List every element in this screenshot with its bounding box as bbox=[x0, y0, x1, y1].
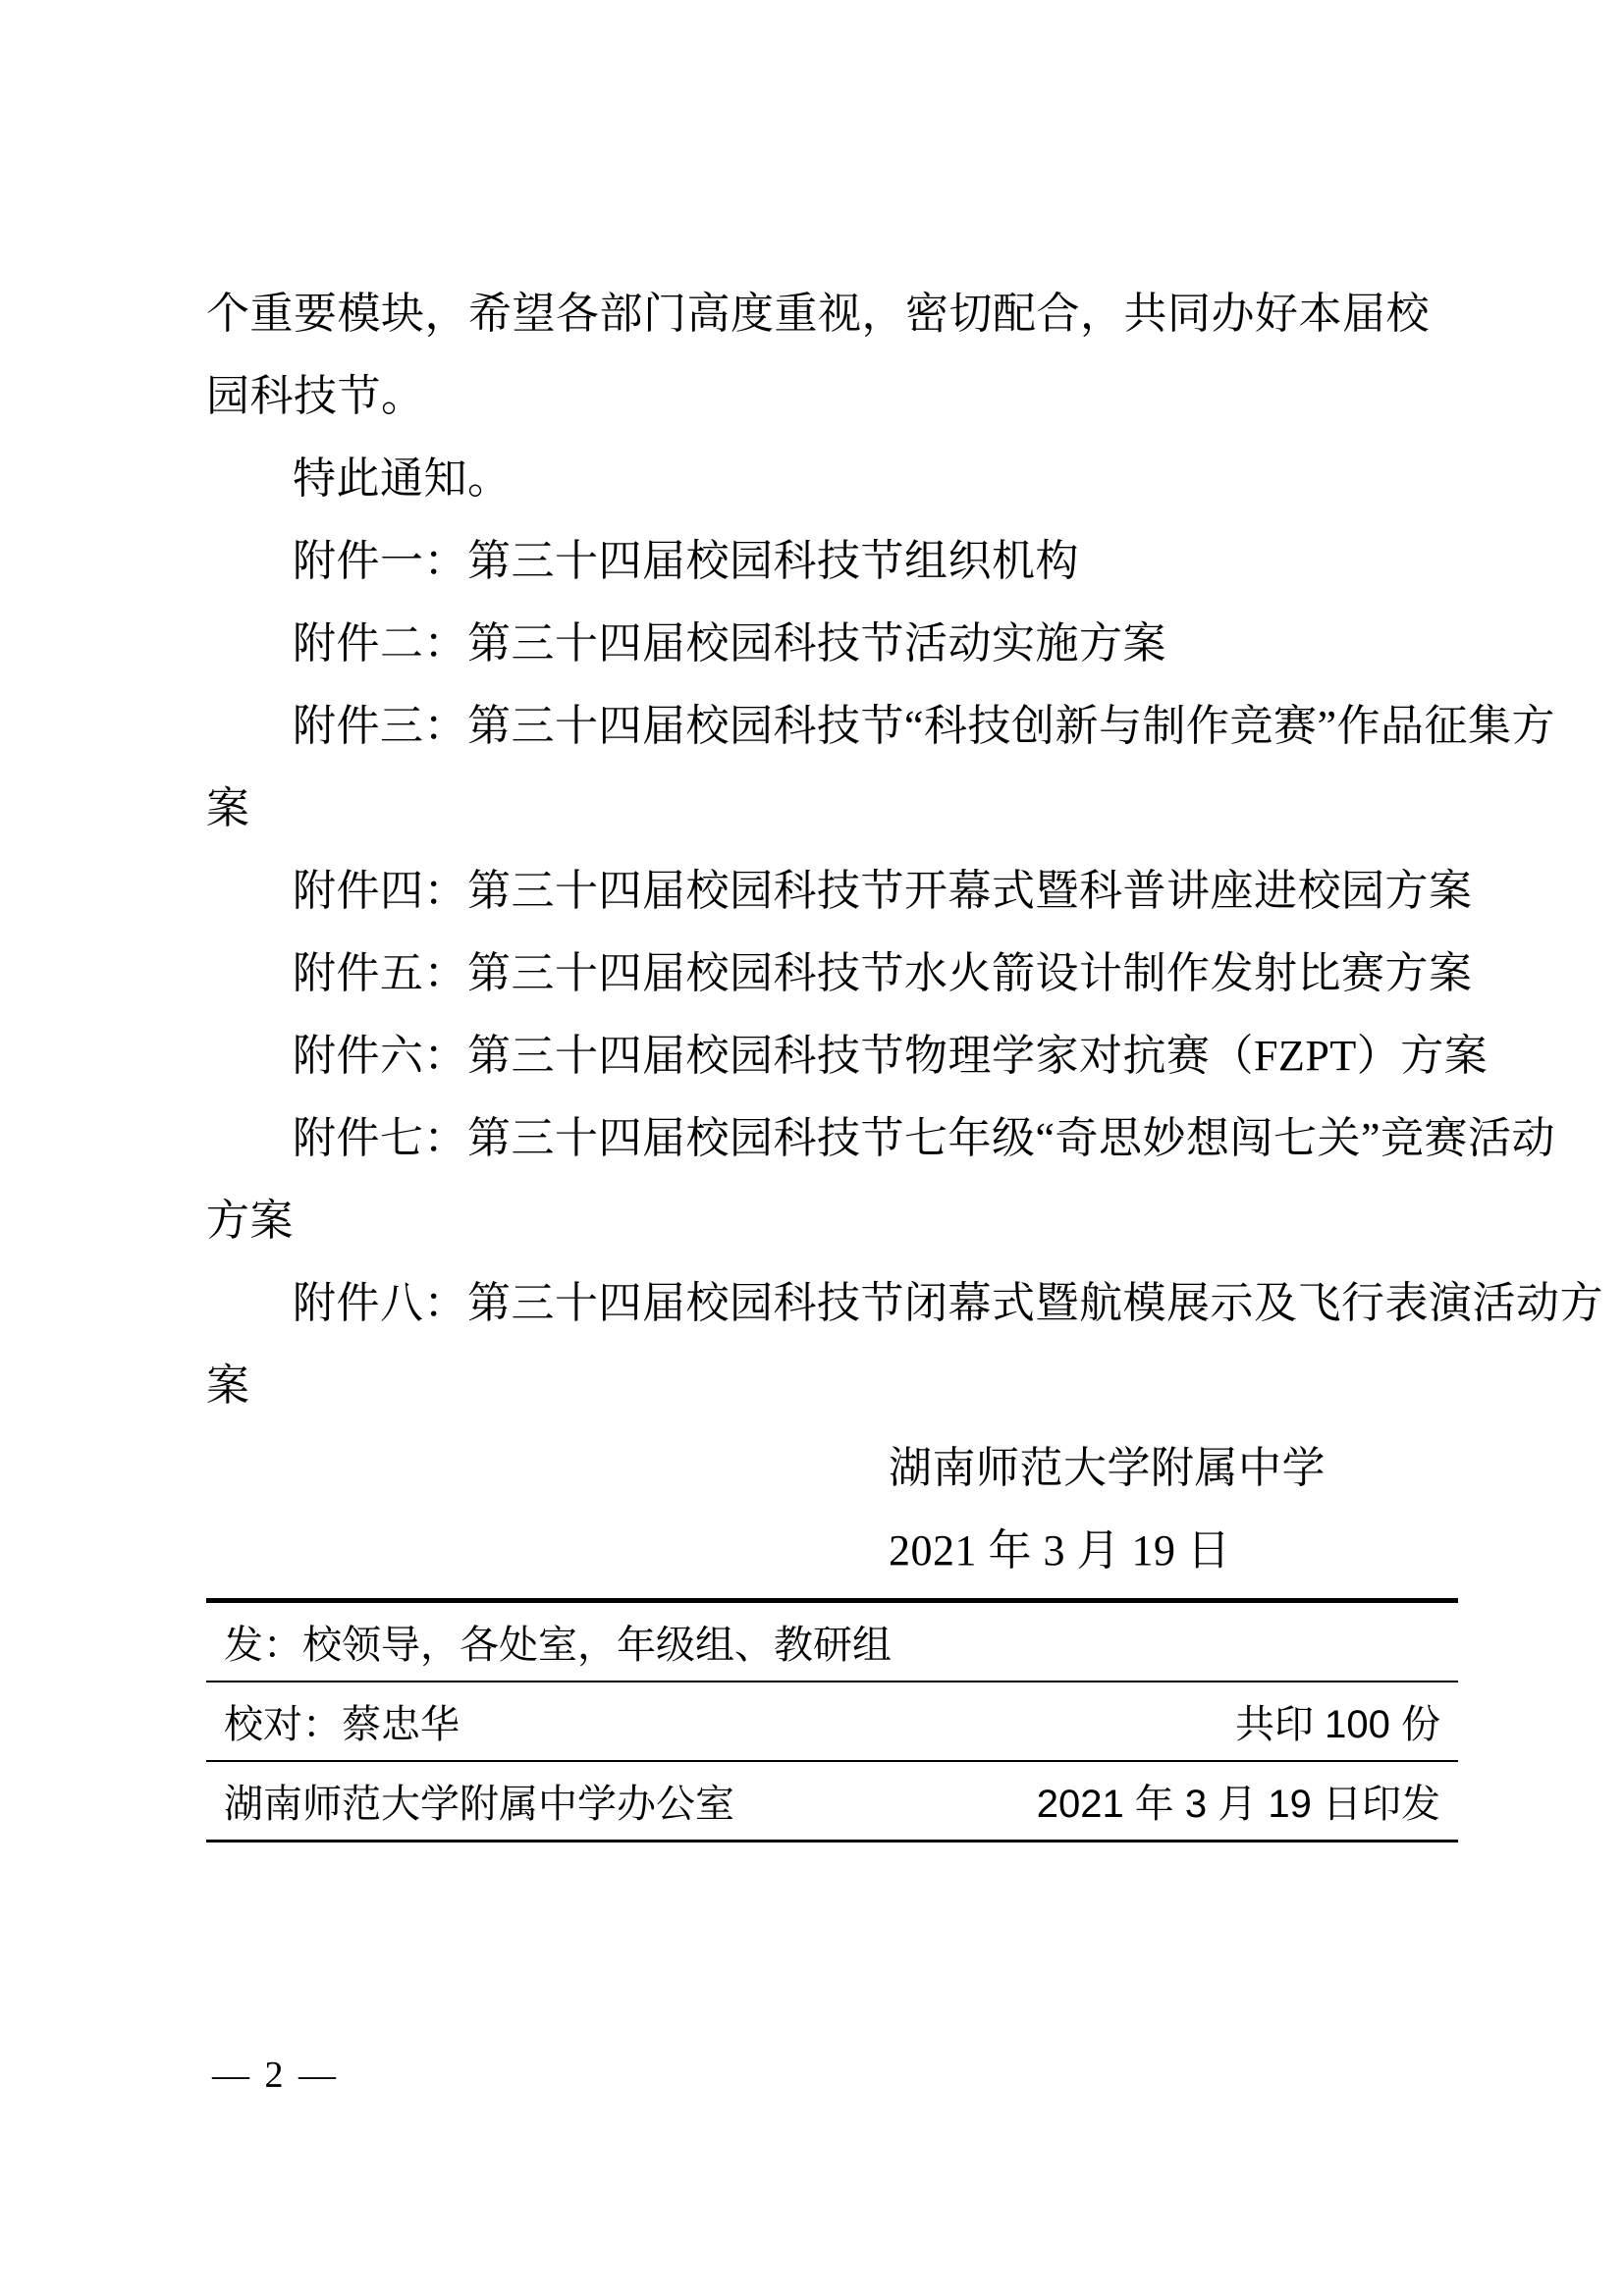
copies-text: 共印 100 份 bbox=[1235, 1693, 1440, 1749]
page-number: — 2 — bbox=[212, 2054, 339, 2097]
notice-line: 特此通知。 bbox=[206, 438, 1458, 520]
footer-proofread-row: 校对：蔡忠华 共印 100 份 bbox=[206, 1681, 1458, 1760]
attachment-item: 附件七：第三十四届校园科技节七年级“奇思妙想闯七关”竞赛活动 bbox=[206, 1097, 1458, 1180]
signature-date: 2021 年 3 月 19 日 bbox=[206, 1510, 1458, 1592]
attachment-item: 附件八：第三十四届校园科技节闭幕式暨航模展示及飞行表演活动方 bbox=[206, 1262, 1458, 1345]
signature-organization: 湖南师范大学附属中学 bbox=[206, 1427, 1458, 1510]
proofreader-text: 校对：蔡忠华 bbox=[224, 1693, 460, 1749]
attachment-item: 附件一：第三十四届校园科技节组织机构 bbox=[206, 520, 1458, 603]
document-body: 个重要模块，希望各部门高度重视，密切配合，共同办好本届校 园科技节。 特此通知。… bbox=[206, 273, 1458, 1842]
distribution-text: 发：校领导，各处室，年级组、教研组 bbox=[224, 1614, 892, 1670]
document-footer-block: 发：校领导，各处室，年级组、教研组 校对：蔡忠华 共印 100 份 湖南师范大学… bbox=[206, 1598, 1458, 1842]
paragraph-line: 个重要模块，希望各部门高度重视，密切配合，共同办好本届校 bbox=[206, 273, 1458, 355]
attachment-continuation-line: 方案 bbox=[206, 1180, 1458, 1262]
attachment-continuation-line: 案 bbox=[206, 768, 1458, 850]
issuing-office-text: 湖南师范大学附属中学办公室 bbox=[224, 1773, 734, 1829]
attachment-item: 附件三：第三十四届校园科技节“科技创新与制作竞赛”作品征集方 bbox=[206, 685, 1458, 768]
footer-office-row: 湖南师范大学附属中学办公室 2021 年 3 月 19 日印发 bbox=[206, 1760, 1458, 1840]
attachment-continuation-line: 案 bbox=[206, 1345, 1458, 1427]
attachment-item: 附件二：第三十四届校园科技节活动实施方案 bbox=[206, 603, 1458, 685]
attachment-item: 附件四：第三十四届校园科技节开幕式暨科普讲座进校园方案 bbox=[206, 850, 1458, 933]
attachment-item: 附件五：第三十四届校园科技节水火箭设计制作发射比赛方案 bbox=[206, 933, 1458, 1015]
print-date-text: 2021 年 3 月 19 日印发 bbox=[1037, 1773, 1440, 1829]
document-page: 个重要模块，希望各部门高度重视，密切配合，共同办好本届校 园科技节。 特此通知。… bbox=[0, 0, 1624, 2296]
paragraph-line: 园科技节。 bbox=[206, 355, 1458, 438]
footer-distribution-row: 发：校领导，各处室，年级组、教研组 bbox=[206, 1603, 1458, 1681]
attachment-item: 附件六：第三十四届校园科技节物理学家对抗赛（FZPT）方案 bbox=[206, 1015, 1458, 1097]
